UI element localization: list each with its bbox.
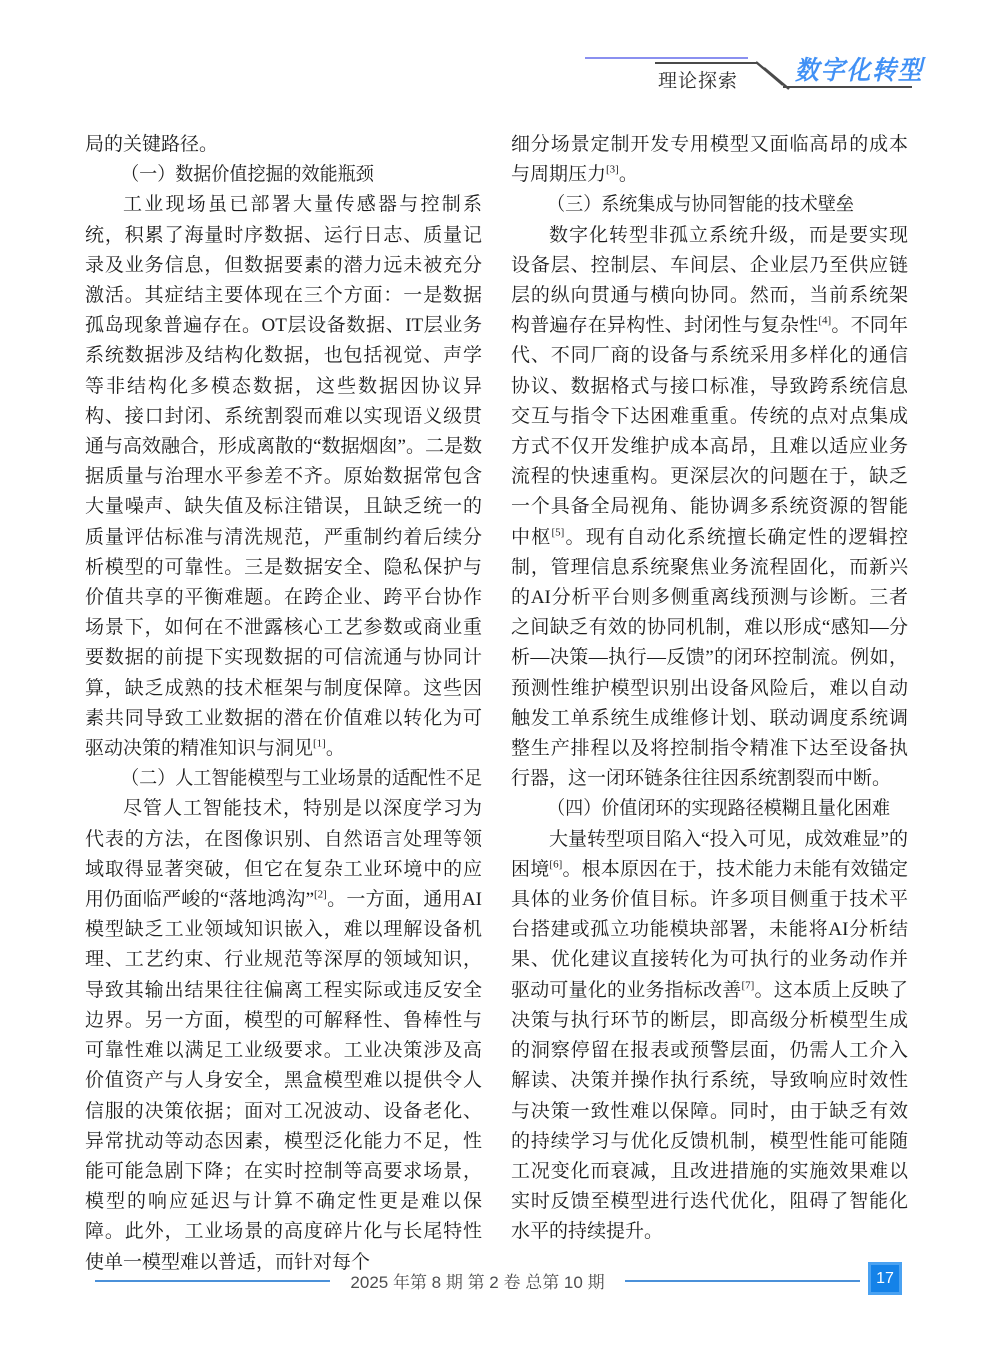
header-bottom-rule: [783, 86, 912, 88]
footer-row: 2025 年第 8 期 第 2 卷 总第 10 期: [95, 1268, 860, 1293]
body-paragraph: 大量转型项目陷入“投入可见，成效难显”的困境[6]。根本原因在于，技术能力未能有…: [511, 825, 908, 1248]
citation-ref: [4]: [818, 315, 831, 327]
body-paragraph: 尽管人工智能技术，特别是以深度学习为代表的方法，在图像识别、自然语言处理等领域取…: [85, 794, 482, 1277]
section-heading: （四）价值闭环的实现路径模糊且量化困难: [511, 794, 888, 824]
citation-ref: [5]: [551, 526, 564, 538]
header-accent-rule: [585, 57, 748, 59]
body-paragraph: 工业现场虽已部署大量传感器与控制系统，积累了海量时序数据、运行日志、质量记录及业…: [85, 190, 482, 764]
right-column: 细分场景定制开发专用模型又面临高昂的成本与周期压力[3]。（三）系统集成与协同智…: [511, 130, 908, 1248]
body-paragraph: 局的关键路径。: [85, 130, 482, 160]
citation-ref: [2]: [314, 889, 327, 901]
citation-ref: [1]: [313, 738, 326, 750]
left-column: 局的关键路径。（一）数据价值挖掘的效能瓶颈工业现场虽已部署大量传感器与控制系统，…: [85, 130, 482, 1278]
citation-ref: [3]: [606, 164, 619, 176]
section-heading: （一）数据价值挖掘的效能瓶颈: [85, 160, 462, 190]
journal-brand-logo: 数字化转型: [795, 50, 907, 87]
section-heading: （三）系统集成与协同智能的技术壁垒: [511, 190, 888, 220]
citation-ref: [7]: [742, 979, 755, 991]
footer-rule-left: [95, 1280, 330, 1282]
citation-ref: [6]: [549, 859, 562, 871]
journal-page: 理论探索 数字化转型 局的关键路径。（一）数据价值挖掘的效能瓶颈工业现场虽已部署…: [0, 0, 992, 1346]
body-paragraph: 数字化转型非孤立系统升级，而是要实现设备层、控制层、车间层、企业层乃至供应链层的…: [511, 221, 908, 795]
header-top-rule: [655, 62, 757, 64]
body-paragraph: 细分场景定制开发专用模型又面临高昂的成本与周期压力[3]。: [511, 130, 908, 190]
page-number-badge: 17: [868, 1262, 902, 1295]
section-heading: （二）人工智能模型与工业场景的适配性不足: [85, 764, 462, 794]
issue-info: 2025 年第 8 期 第 2 卷 总第 10 期: [350, 1268, 604, 1293]
section-label: 理论探索: [656, 66, 740, 93]
footer-rule-right: [625, 1280, 860, 1282]
